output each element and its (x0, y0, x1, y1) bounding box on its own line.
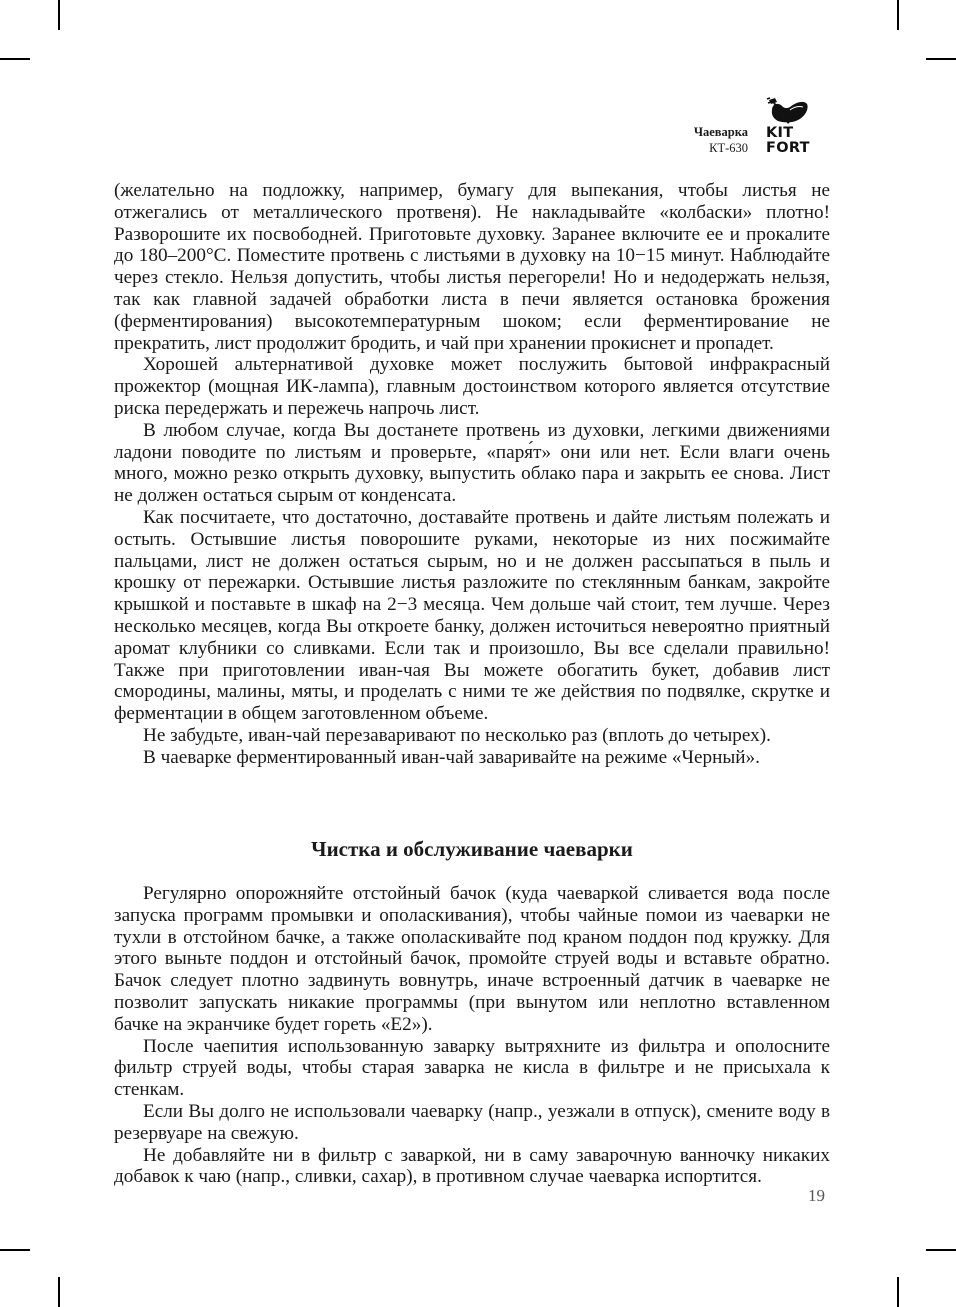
product-name: Чаеварка (694, 124, 748, 140)
crop-mark-bottom-right-vertical (897, 1277, 899, 1307)
crop-mark-top-right-vertical (897, 0, 899, 30)
crop-mark-top-left-vertical (58, 0, 60, 30)
crop-mark-bottom-left-vertical (58, 1277, 60, 1307)
crop-mark-bottom-left-horizontal (0, 1249, 30, 1251)
paragraph: Хорошей альтернативой духовке может посл… (114, 354, 830, 419)
paragraph: После чаепития использованную заварку вы… (114, 1036, 830, 1101)
paragraph: Если Вы долго не использовали чаеварку (… (114, 1101, 830, 1145)
product-model: КТ-630 (694, 140, 748, 156)
section-cleaning-body: Регулярно опорожняйте отстойный бачок (к… (114, 883, 830, 1188)
paragraph: Не добавляйте ни в фильтр с заваркой, ни… (114, 1145, 830, 1189)
page-header: Чаеварка КТ-630 KIT FORT (600, 96, 840, 158)
brand-line-1: KIT (766, 126, 810, 141)
section-heading-cleaning: Чистка и обслуживание чаеварки (114, 836, 830, 862)
crop-mark-top-right-horizontal (926, 58, 956, 60)
paragraph: Не забудьте, иван-чай перезаваривают по … (114, 725, 830, 747)
brand-name: KIT FORT (766, 126, 810, 156)
product-info: Чаеварка КТ-630 (694, 124, 748, 156)
paragraph: Как посчитаете, что достаточно, доставай… (114, 507, 830, 725)
paragraph: В любом случае, когда Вы достанете протв… (114, 420, 830, 507)
section-oven-drying-body: (желательно на подложку, например, бумаг… (114, 180, 830, 769)
paragraph: В чаеварке ферментированный иван-чай зав… (114, 747, 830, 769)
crop-mark-bottom-right-horizontal (926, 1249, 956, 1251)
paragraph: Регулярно опорожняйте отстойный бачок (к… (114, 883, 830, 1036)
crop-mark-top-left-horizontal (0, 58, 30, 60)
brand-line-2: FORT (766, 141, 810, 156)
whale-plug-logo-icon (766, 96, 810, 124)
page-number: 19 (808, 1186, 825, 1206)
brand-logo: KIT FORT (764, 96, 834, 158)
paragraph: (желательно на подложку, например, бумаг… (114, 180, 830, 354)
